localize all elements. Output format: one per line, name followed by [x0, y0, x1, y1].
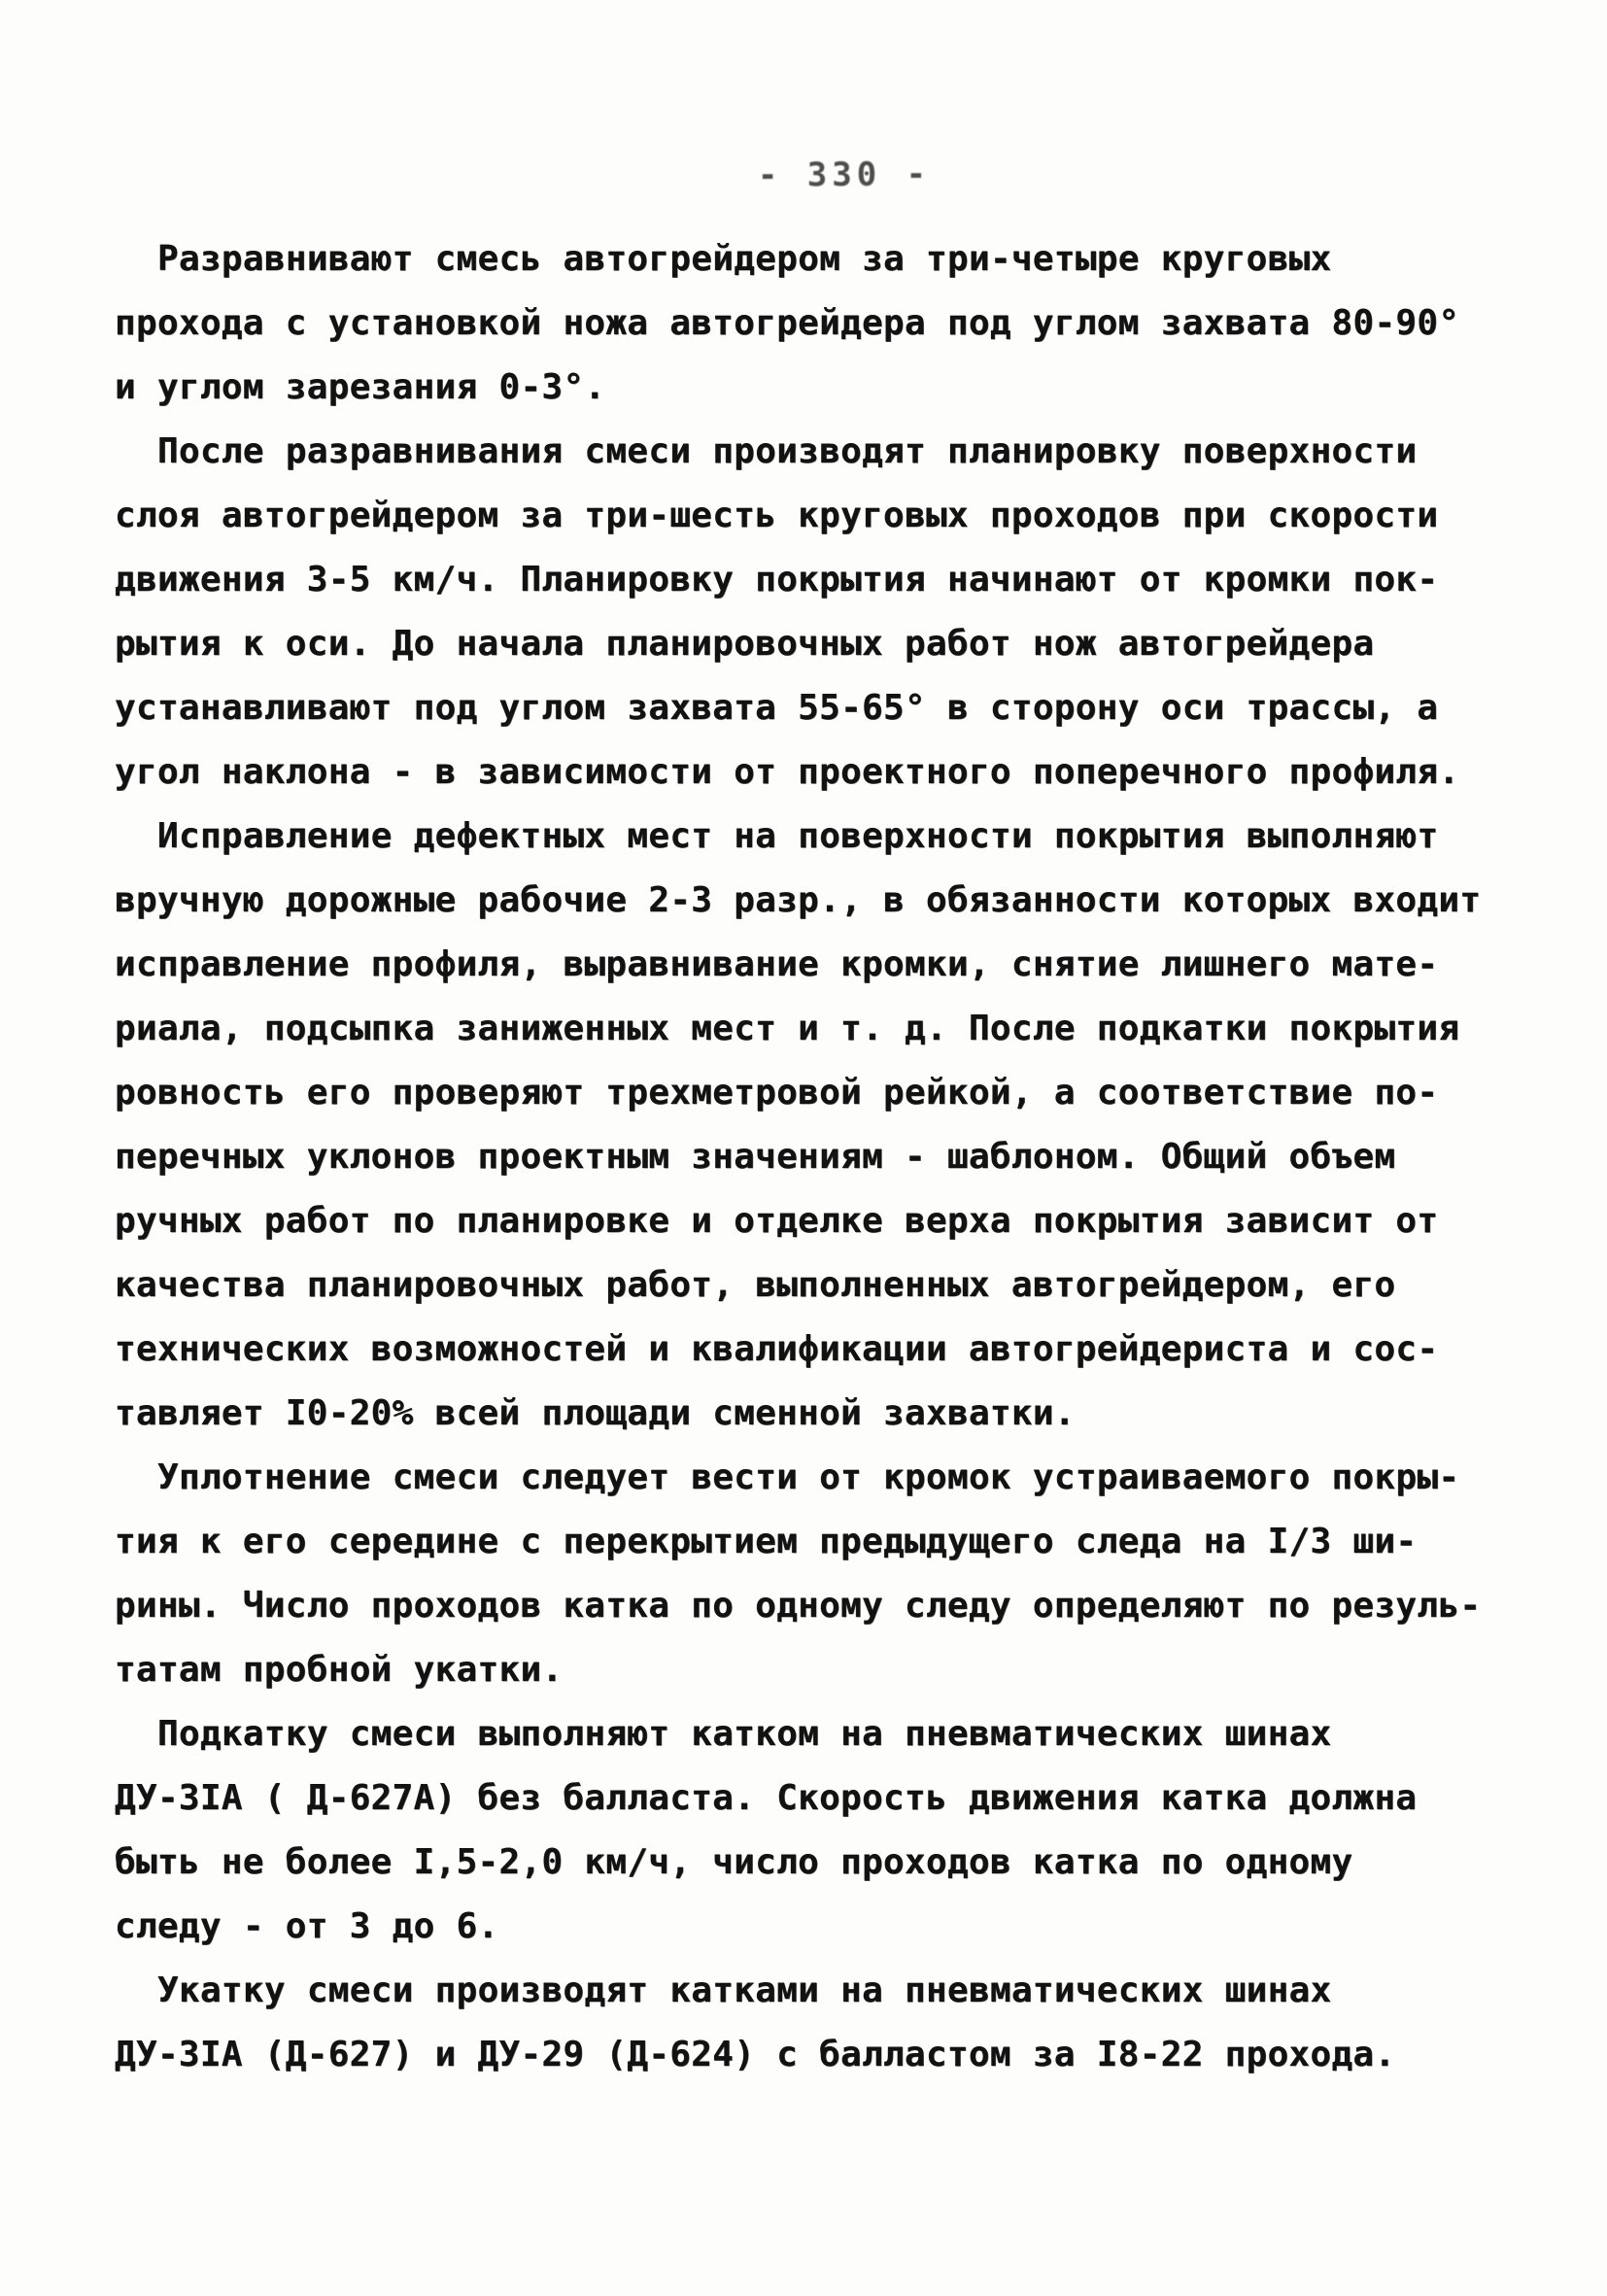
text-line: угол наклона - в зависимости от проектно… [115, 740, 1510, 805]
text-line: После разравнивания смеси производят пла… [115, 420, 1510, 484]
text-line: следу - от 3 до 6. [115, 1895, 1510, 1959]
text-line: риала, подсыпка заниженных мест и т. д. … [115, 997, 1510, 1061]
text-line: быть не более I,5-2,0 км/ч, число проход… [115, 1831, 1510, 1895]
text-line: Уплотнение смеси следует вести от кромок… [115, 1446, 1510, 1510]
text-line: и углом зарезания 0-3°. [115, 356, 1510, 420]
text-line: рины. Число проходов катка по одному сле… [115, 1574, 1510, 1638]
text-line: Подкатку смеси выполняют катком на пневм… [115, 1702, 1510, 1766]
page-number: - 330 - [41, 150, 1607, 200]
document-text-block: Разравнивают смесь автогрейдером за три-… [115, 227, 1510, 2087]
text-line: рытия к оси. До начала планировочных раб… [115, 612, 1510, 676]
text-line: Укатку смеси производят катками на пневм… [115, 1959, 1510, 2023]
text-line: качества планировочных работ, выполненны… [115, 1253, 1510, 1318]
text-line: Исправление дефектных мест на поверхност… [115, 805, 1510, 869]
text-line: слоя автогрейдером за три-шесть круговых… [115, 484, 1510, 548]
text-line: ручных работ по планировке и отделке вер… [115, 1189, 1510, 1253]
text-line: ровность его проверяют трехметровой рейк… [115, 1061, 1510, 1125]
text-line: тия к его середине с перекрытием предыду… [115, 1510, 1510, 1574]
text-line: движения 3-5 км/ч. Планировку покрытия н… [115, 548, 1510, 612]
text-line: тавляет I0-20% всей площади сменной захв… [115, 1382, 1510, 1446]
text-line: татам пробной укатки. [115, 1638, 1510, 1702]
text-line: устанавливают под углом захвата 55-65° в… [115, 676, 1510, 740]
text-line: технических возможностей и квалификации … [115, 1318, 1510, 1382]
text-line: ДУ-3IА (Д-627) и ДУ-29 (Д-624) с балласт… [115, 2023, 1510, 2087]
text-line: перечных уклонов проектным значениям - ш… [115, 1125, 1510, 1189]
text-line: вручную дорожные рабочие 2-3 разр., в об… [115, 869, 1510, 933]
scanned-document-page: - 330 - Разравнивают смесь автогрейдером… [0, 0, 1607, 2296]
text-line: прохода с установкой ножа автогрейдера п… [115, 291, 1510, 356]
text-line: исправление профиля, выравнивание кромки… [115, 933, 1510, 997]
text-line: ДУ-3IА ( Д-627А) без балласта. Скорость … [115, 1766, 1510, 1831]
text-line: Разравнивают смесь автогрейдером за три-… [115, 227, 1510, 291]
